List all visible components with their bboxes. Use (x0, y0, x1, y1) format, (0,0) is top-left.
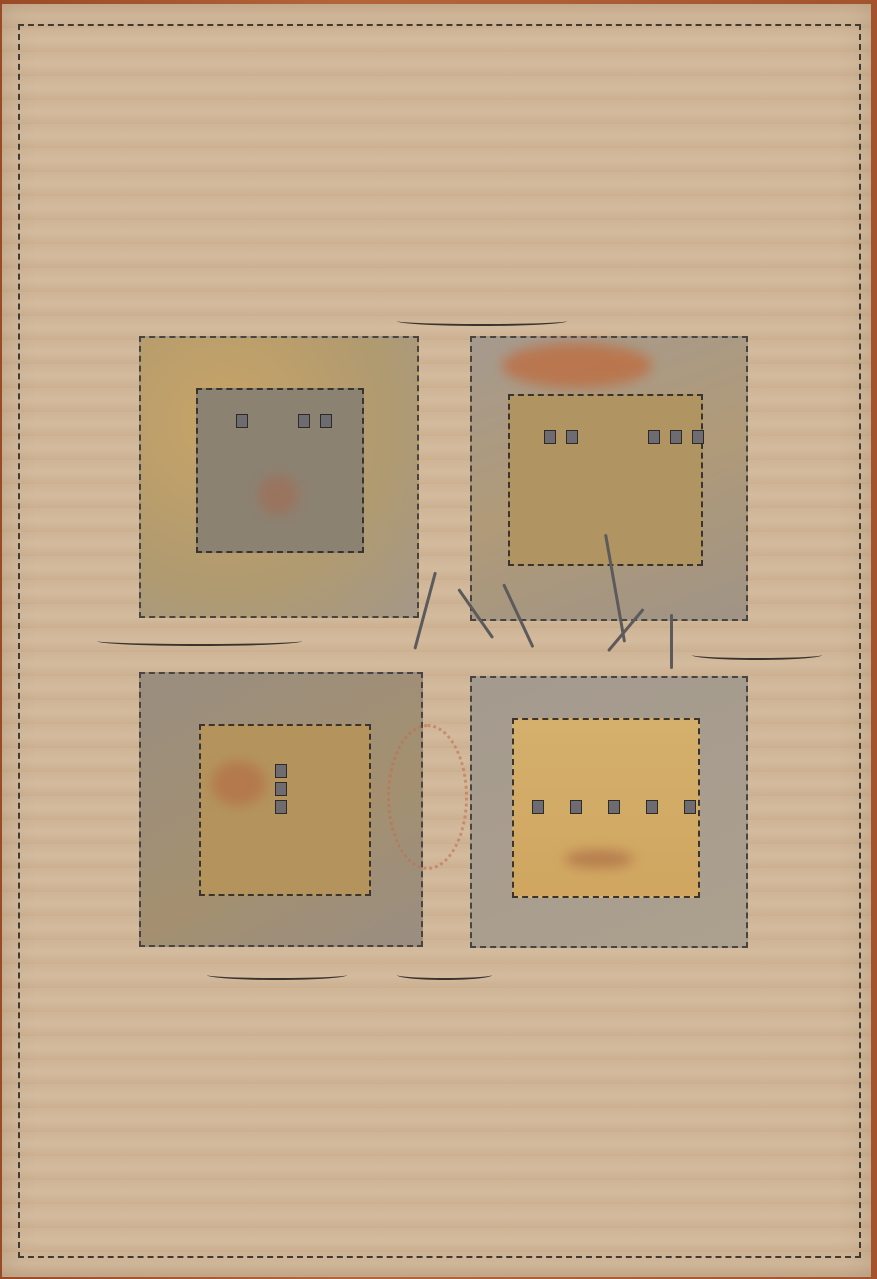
window-dot (298, 414, 310, 428)
panel-bottom-left-inner (199, 724, 371, 896)
panel-top-right (470, 336, 748, 621)
window-dot (608, 800, 620, 814)
script-scribble (692, 650, 822, 660)
gray-stroke (670, 614, 673, 669)
script-scribble (97, 636, 302, 646)
panel-top-left (139, 336, 419, 618)
rust-smudge (258, 475, 298, 515)
panel-bottom-right (470, 676, 748, 948)
window-dot (646, 800, 658, 814)
window-dot (275, 764, 287, 778)
window-dot (670, 430, 682, 444)
rust-smudge (564, 850, 634, 868)
window-dots (532, 800, 696, 814)
window-dots (275, 764, 287, 814)
window-dot (275, 782, 287, 796)
window-dot (544, 430, 556, 444)
window-dots (236, 414, 332, 428)
window-dot (684, 800, 696, 814)
script-scribble (397, 316, 567, 326)
script-scribble (207, 970, 347, 980)
window-dot (566, 430, 578, 444)
window-dot (275, 800, 287, 814)
rust-smudge (211, 761, 266, 806)
panel-top-left-inner (196, 388, 364, 553)
panel-bottom-right-inner (512, 718, 700, 898)
window-dot (320, 414, 332, 428)
window-dot (692, 430, 704, 444)
window-dot (236, 414, 248, 428)
window-dot (532, 800, 544, 814)
script-scribble (397, 970, 492, 980)
rust-smudge (502, 343, 652, 388)
panel-bottom-left (139, 672, 423, 947)
window-dot (648, 430, 660, 444)
window-dots (544, 430, 704, 444)
rust-arc (387, 724, 468, 870)
rug (2, 4, 871, 1277)
window-dot (570, 800, 582, 814)
